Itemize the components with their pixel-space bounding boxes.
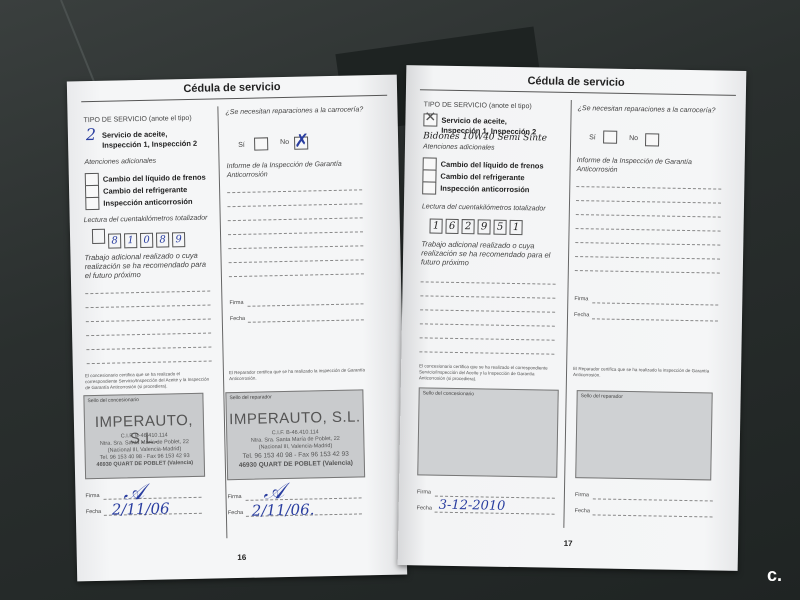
odometer-digit: 1	[124, 233, 137, 248]
repairer-stamp-box: Sello del reparador	[575, 390, 713, 480]
brake-fluid-label: Cambio del líquido de frenos	[441, 160, 544, 171]
coolant-label: Cambio del refrigerante	[103, 185, 187, 196]
signature-label: Firma	[229, 300, 243, 306]
signature-label: Firma	[85, 493, 99, 499]
stamp-phone: Tel. 96 153 40 98 - Fax 96 153 42 93	[228, 450, 364, 460]
signature-label: Firma	[417, 489, 431, 495]
page-number: 17	[398, 536, 738, 551]
date-line	[592, 318, 718, 321]
dealer-date-handwritten: 2/11/06	[112, 499, 170, 518]
page-number: 16	[77, 549, 407, 565]
dotted-line	[228, 217, 363, 221]
dotted-line	[87, 361, 212, 365]
service-type-label: TIPO DE SERVICIO (anote el tipo)	[424, 101, 532, 110]
odometer-label: Lectura del cuentakilómetros totalizador	[422, 203, 546, 212]
column-divider	[563, 100, 571, 528]
dotted-line	[575, 256, 720, 260]
odometer-digit: 5	[493, 220, 506, 235]
signature-line	[593, 498, 713, 501]
yes-label: Sí	[589, 134, 596, 141]
dealer-stamp-caption: Sello del concesionario	[87, 397, 139, 404]
dealer-date-handwritten: 3-12-2010	[439, 498, 506, 514]
dotted-line	[85, 291, 210, 295]
odometer-digit: 9	[477, 219, 490, 234]
additional-label: Atenciones adicionales	[84, 158, 156, 166]
dotted-line	[575, 242, 720, 246]
repairer-cert-text: El Reparador certifica que se ha realiza…	[229, 367, 369, 382]
warranty-label: Informe de la Inspección de Garantía Ant…	[577, 156, 727, 177]
signature-line	[248, 303, 364, 306]
date-label: Fecha	[574, 312, 589, 318]
dealer-stamp-box: Sello del concesionario	[417, 387, 559, 477]
dotted-line	[229, 273, 364, 277]
no-label: No	[280, 139, 289, 146]
date-label: Fecha	[228, 510, 243, 516]
service-option-2: Inspección 1, Inspección 2	[102, 139, 197, 150]
odometer-digit: 1	[429, 219, 442, 234]
checkbox-repairs-yes[interactable]	[603, 131, 617, 144]
stamp-city: 46930 QUART DE POBLET (Valencia)	[86, 460, 204, 468]
odometer-digit: 8	[108, 233, 121, 248]
handwritten-oil-note: Bidones 10W40 Semi Sinte	[423, 131, 547, 143]
dotted-line	[421, 281, 556, 284]
signature-line	[592, 302, 718, 305]
dotted-line	[86, 347, 211, 351]
odometer-digit: 6	[445, 219, 458, 234]
service-type-label: TIPO DE SERVICIO (anote el tipo)	[84, 115, 192, 124]
warranty-label: Informe de la Inspección de Garantía Ant…	[227, 159, 367, 180]
extra-work-label: Trabajo adicional realizado o cuya reali…	[84, 251, 210, 281]
repairs-question: ¿Se necesitan reparaciones a la carrocer…	[578, 104, 728, 116]
dotted-line	[228, 231, 363, 235]
additional-label: Atenciones adicionales	[423, 143, 495, 151]
brake-fluid-label: Cambio del líquido de frenos	[103, 173, 206, 184]
stamp-city: 46930 QUART DE POBLET (Valencia)	[228, 459, 364, 469]
odometer-digits: 81089	[92, 227, 188, 249]
date-label: Fecha	[86, 509, 101, 515]
dealer-stamp-caption: Sello del concesionario	[423, 390, 475, 397]
dotted-line	[420, 295, 555, 298]
dotted-line	[420, 309, 555, 312]
dotted-line	[576, 214, 721, 218]
stamp-company-name: IMPERAUTO, S.L.	[227, 408, 363, 428]
date-label: Fecha	[417, 505, 432, 511]
yes-label: Sí	[238, 142, 245, 149]
checkbox-repairs-no[interactable]	[645, 133, 659, 146]
checkbox-anticorrosion[interactable]	[422, 181, 436, 194]
odometer-digits: 162951	[429, 216, 525, 236]
odometer-digit: 9	[172, 232, 185, 247]
signature-label: Firma	[227, 494, 241, 500]
signature-label: Firma	[575, 492, 589, 498]
dealer-cert-text: El concesionario certifica que se ha rea…	[419, 363, 559, 383]
odometer-digit: 2	[461, 219, 474, 234]
repairs-question: ¿Se necesitan reparaciones a la carrocer…	[225, 105, 365, 117]
right-page: Cédula de servicio TIPO DE SERVICIO (ano…	[398, 65, 747, 571]
dotted-line	[86, 319, 211, 323]
odometer-digit	[92, 229, 105, 244]
dotted-line	[576, 200, 721, 204]
repairs-no-check-mark: ✗	[294, 130, 310, 151]
service-type-check-mark: ✕	[424, 109, 436, 125]
date-label: Fecha	[575, 508, 590, 514]
dotted-line	[227, 189, 362, 193]
service-option-1: Servicio de aceite,	[441, 116, 507, 126]
dotted-line	[420, 323, 555, 326]
dotted-line	[86, 305, 211, 309]
date-label: Fecha	[230, 316, 245, 322]
repairer-cert-text: El Reparador certifica que se ha realiza…	[573, 366, 718, 381]
odometer-digit: 8	[156, 232, 169, 247]
no-label: No	[629, 135, 638, 142]
anticorrosion-label: Inspección anticorrosión	[440, 184, 529, 195]
repairer-stamp: Sello del reparador IMPERAUTO, S.L. C.I.…	[225, 389, 365, 480]
signature-label: Firma	[574, 296, 588, 302]
coolant-label: Cambio del refrigerante	[440, 172, 524, 182]
repairer-stamp-caption: Sello del reparador	[229, 394, 271, 401]
extra-work-label: Trabajo adicional realizado o cuya reali…	[421, 239, 556, 268]
service-type-handwritten: 2	[86, 125, 97, 144]
anticorrosion-label: Inspección anticorrosión	[103, 197, 192, 208]
odometer-label: Lectura del cuentakilómetros totalizador	[84, 215, 208, 225]
dealer-cert-text: El concesionario certifica que se ha rea…	[85, 371, 213, 392]
repairer-stamp-caption: Sello del reparador	[581, 393, 623, 400]
odometer-digit: 0	[140, 233, 153, 248]
dotted-line	[575, 270, 720, 274]
dotted-line	[576, 228, 721, 232]
date-line	[593, 514, 713, 517]
dotted-line	[86, 333, 211, 337]
dotted-line	[228, 245, 363, 249]
page-title: Cédula de servicio	[406, 73, 746, 91]
service-booklet: Cédula de servicio TIPO DE SERVICIO (ano…	[72, 60, 762, 580]
dealer-stamp: Sello del concesionario IMPERAUTO, S.L. …	[83, 393, 205, 479]
odometer-digit: 1	[509, 220, 522, 235]
dotted-line	[229, 259, 364, 263]
dotted-line	[227, 203, 362, 207]
left-page: Cédula de servicio TIPO DE SERVICIO (ano…	[67, 75, 407, 582]
dotted-line	[419, 351, 554, 354]
dotted-line	[576, 186, 721, 190]
repairer-date-handwritten: 2/11/06.	[252, 500, 315, 519]
checkbox-repairs-yes[interactable]	[254, 137, 268, 150]
dotted-line	[420, 337, 555, 340]
date-line	[248, 319, 364, 322]
service-option-1: Servicio de aceite,	[102, 129, 168, 139]
checkbox-anticorrosion[interactable]	[85, 197, 99, 210]
watermark-logo: c.	[767, 565, 782, 586]
title-rule	[420, 89, 736, 96]
